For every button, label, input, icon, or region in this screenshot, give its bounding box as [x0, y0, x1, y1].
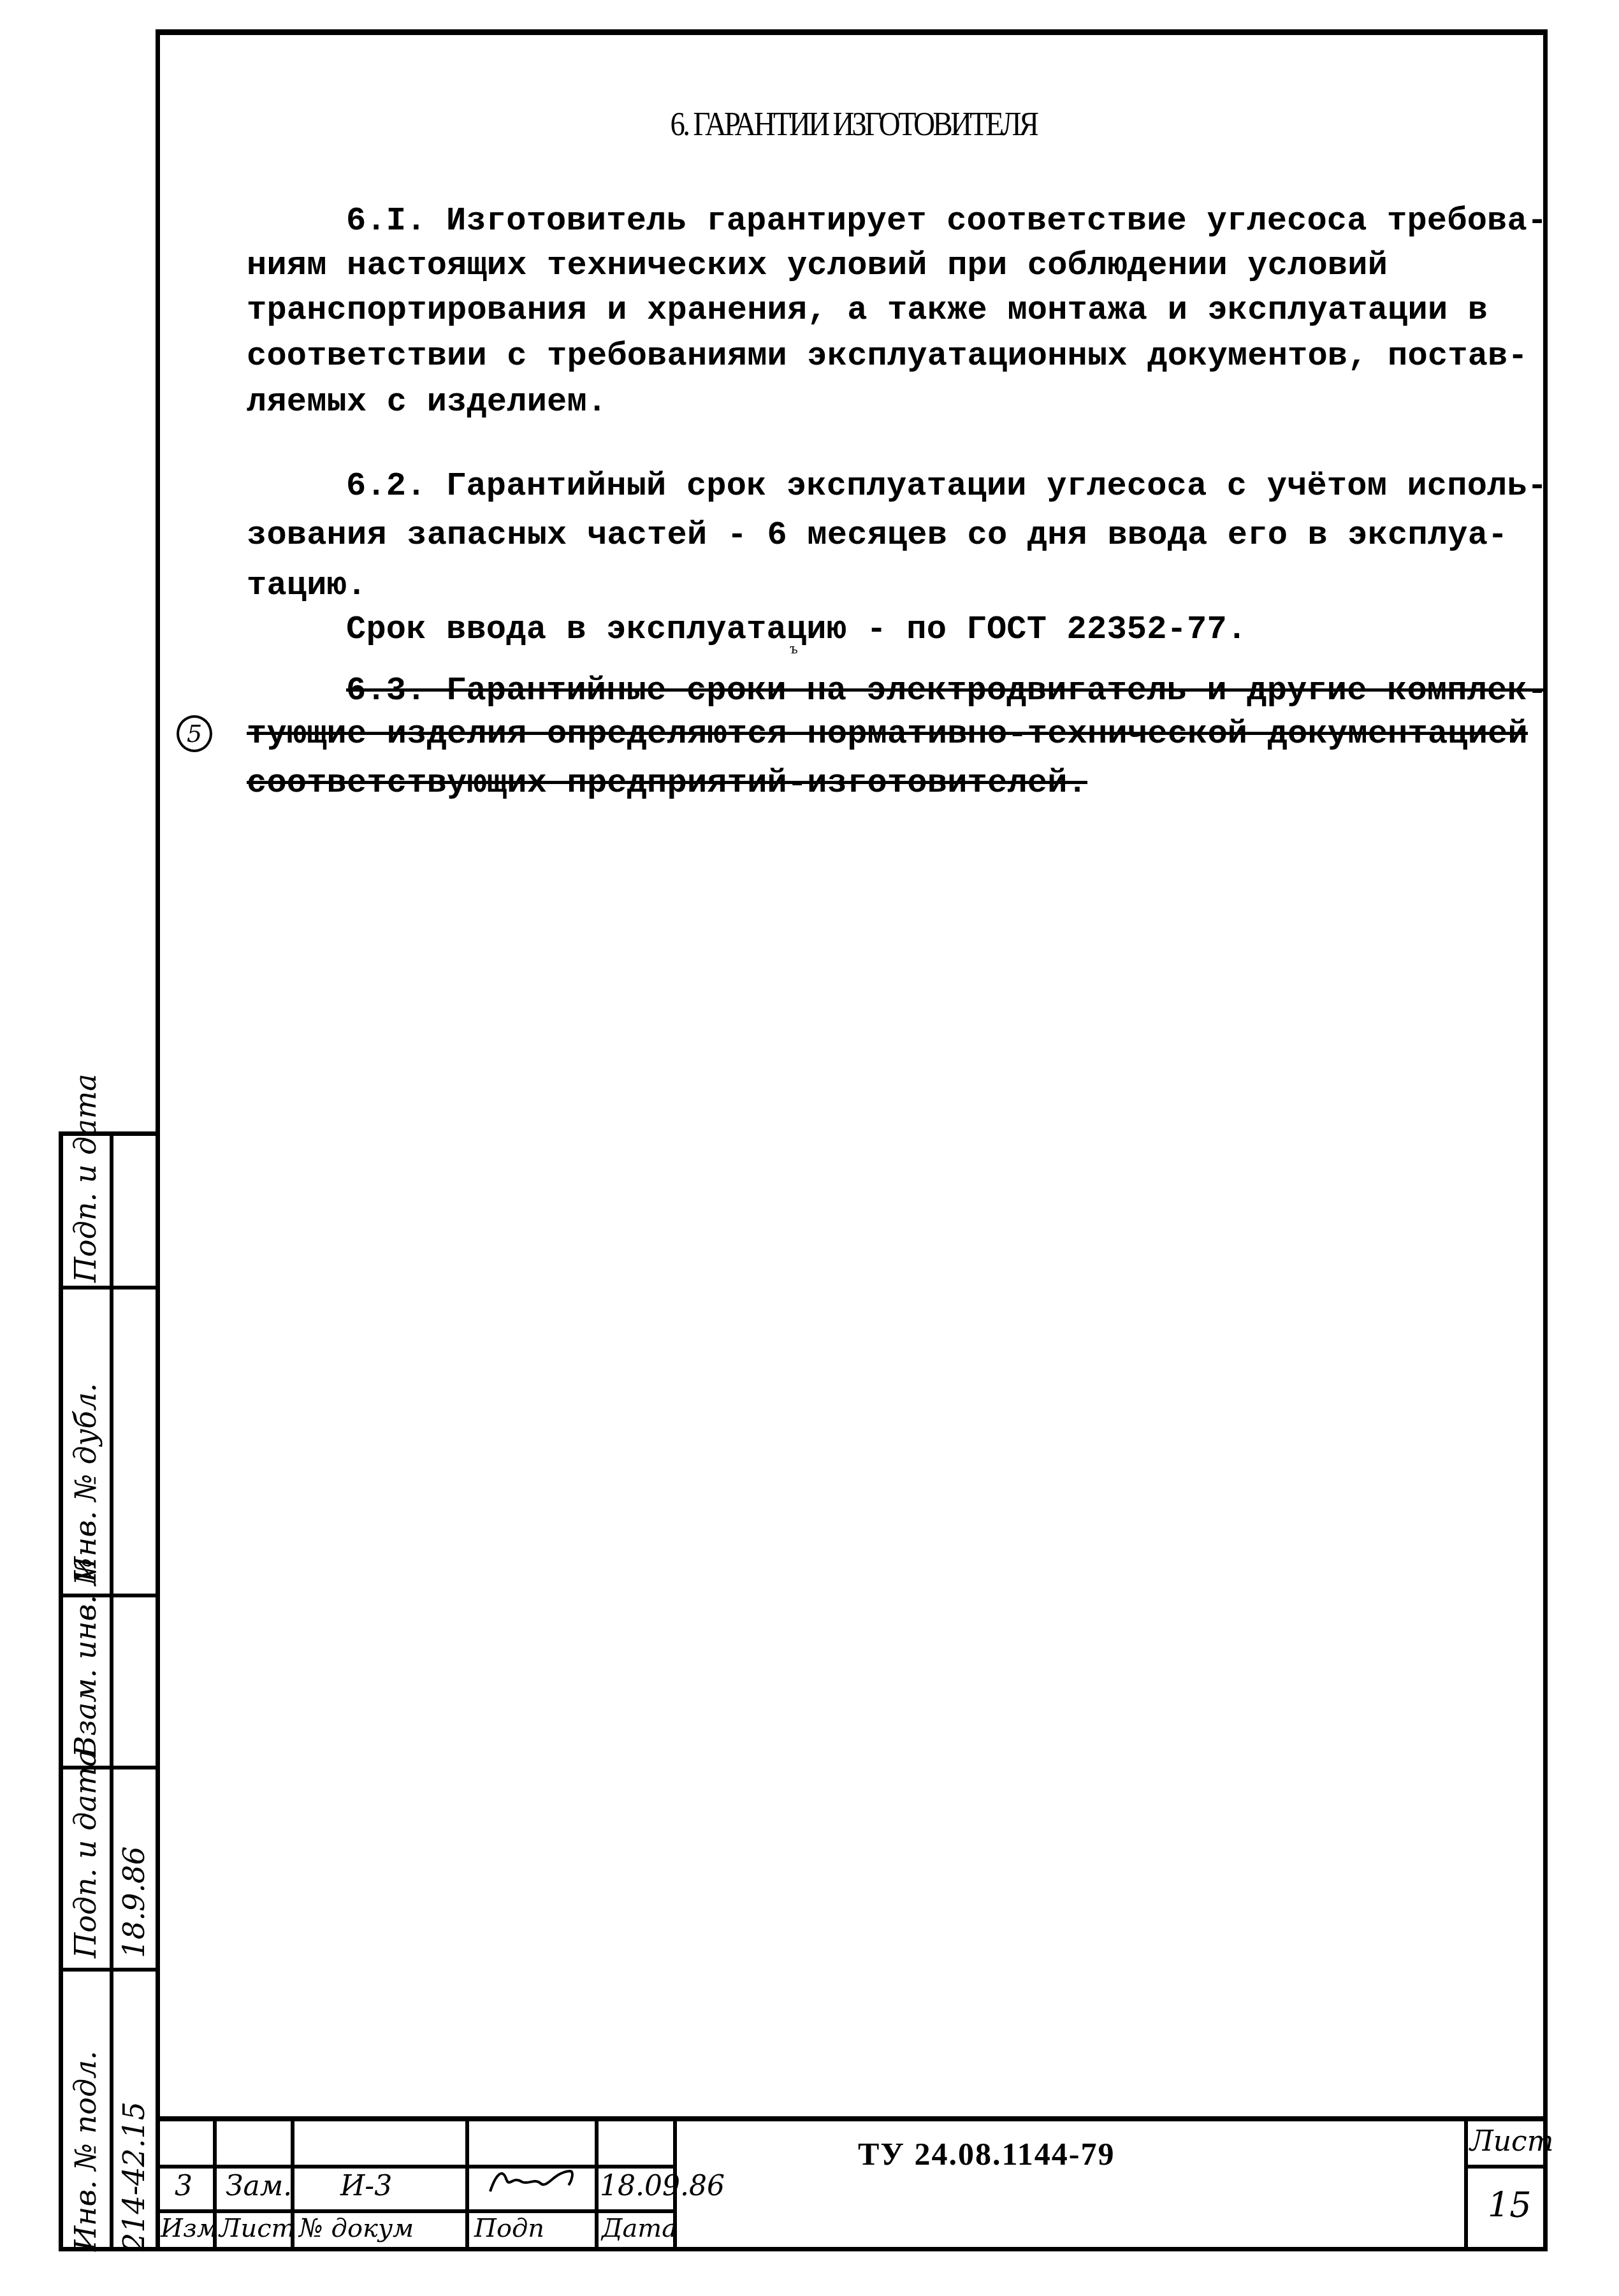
header-sheet: Лист	[219, 2214, 295, 2243]
para-6-1-line-2: ниям настоящих технических условий при с…	[247, 249, 1388, 282]
side-label-dup-inv: Инв. № дубл.	[68, 1383, 103, 1582]
para-6-1-line-1: 6.I. Изготовитель гарантирует соответств…	[346, 205, 1547, 238]
caret-mark: ъ	[790, 641, 798, 657]
sheet-label: Лист	[1470, 2125, 1553, 2158]
revision-signature	[487, 2166, 583, 2207]
side-stamp-divider	[110, 1136, 113, 2247]
section-title: 6. ГАРАНТИИ ИЗГОТОВИТЕЛЯ	[229, 106, 1478, 143]
signature-icon	[487, 2166, 583, 2201]
para-6-3-line-1: 6.3. Гарантийные сроки на электродвигате…	[346, 674, 1547, 708]
header-signature: Подп	[474, 2214, 544, 2243]
para-6-2-line-3: тацию.	[247, 569, 367, 602]
para-6-2-line-1: 6.2. Гарантийный срок эксплуатации углес…	[346, 470, 1547, 503]
header-doc-no: № докум	[299, 2214, 414, 2243]
sheet-number: 15	[1488, 2185, 1532, 2225]
side-label-sign-date-2: Подп. и дата	[68, 1749, 103, 1958]
header-change: Изм	[161, 2214, 218, 2243]
revision-change: 3	[175, 2170, 192, 2202]
side-value-sign-date-2: 18.9.86	[117, 1846, 151, 1958]
side-value-orig-inv: 214-42.15	[117, 2102, 151, 2251]
side-label-orig-inv: Инв. № подл.	[68, 2051, 103, 2251]
title-block-sheet-divider	[1464, 2165, 1548, 2169]
title-block-col-divider	[1464, 2121, 1468, 2251]
para-6-3-line-2: тующие изделия определяются нормативно-т…	[247, 718, 1528, 751]
title-block-col-divider	[595, 2121, 599, 2251]
revision-sheet: Зам.	[226, 2170, 292, 2202]
title-block: 3 Зам. И-3 18.09.86 Изм Лист № докум Под…	[156, 2116, 1548, 2251]
side-label-replace-inv: Взам. инв. №	[68, 1558, 103, 1757]
side-stamp: Подп. и дата Инв. № дубл. Взам. инв. № П…	[59, 1131, 156, 2251]
revision-doc-no: И-3	[340, 2170, 392, 2202]
para-6-2-line-2: зования запасных частей - 6 месяцев со д…	[247, 519, 1508, 552]
title-block-col-divider	[465, 2121, 469, 2251]
side-stamp-row-divider	[63, 1968, 156, 1972]
para-6-3-line-3: соответствующих предприятий-изготовителе…	[247, 767, 1087, 800]
side-stamp-row-divider	[63, 1286, 156, 1290]
para-6-1-line-5: ляемых с изделием.	[247, 386, 607, 419]
revision-date: 18.09.86	[600, 2170, 725, 2202]
para-6-1-line-3: транспортирования и хранения, а также мо…	[247, 294, 1488, 327]
change-mark-circle: 5	[177, 715, 212, 752]
document-number: ТУ 24.08.1144-79	[858, 2135, 1115, 2172]
header-date: Дата	[602, 2214, 677, 2243]
side-label-sign-date-1: Подп. и дата	[68, 1073, 103, 1282]
para-6-1-line-4: соответствии с требованиями эксплуатацио…	[247, 340, 1528, 373]
